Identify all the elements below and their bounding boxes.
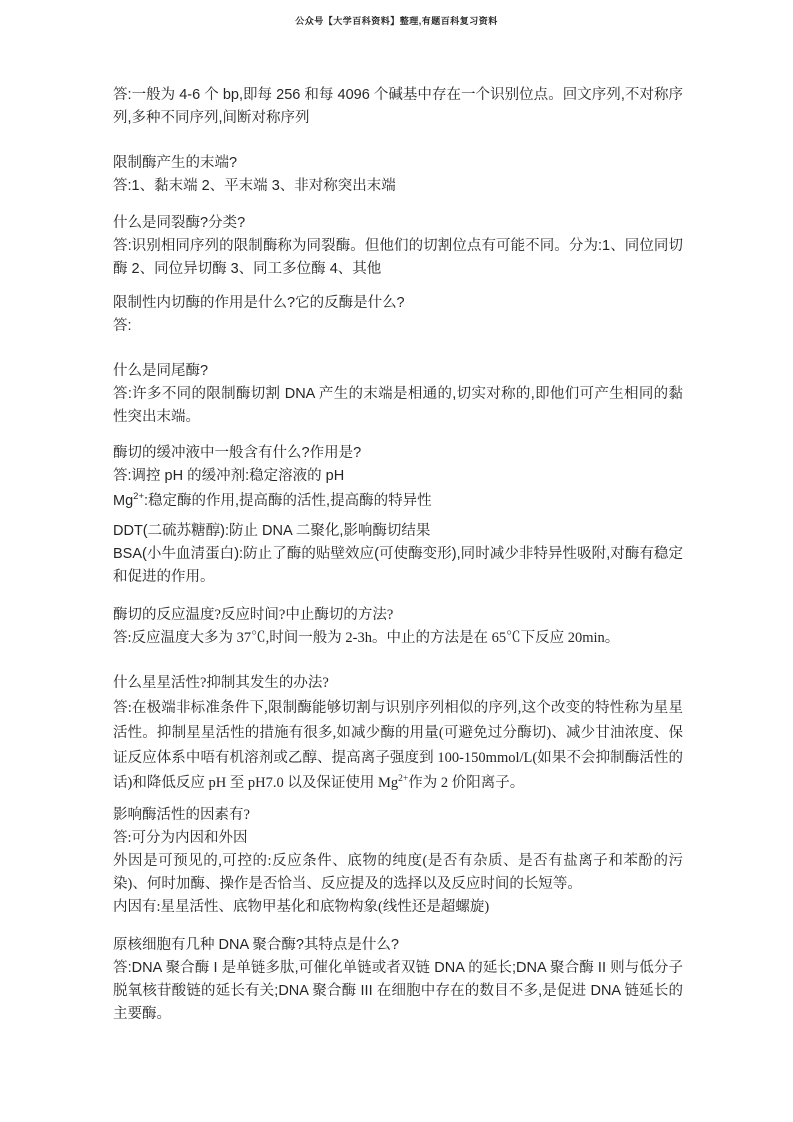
- section-endonuclease-function: 限制性内切酶的作用是什么?它的反酶是什么? 答:: [113, 292, 683, 338]
- text-run: Mg: [113, 493, 133, 509]
- answer-line: 答:识别相同序列的限制酶称为同裂酶。但他们的切割位点有可能不同。分为:1、同位同…: [113, 235, 683, 281]
- section-recognition-sites: 答:一般为 4-6 个 bp,即每 256 和每 4096 个碱基中存在一个识别…: [113, 84, 683, 130]
- text-run: :稳定酶的作用,提高酶的活性,提高酶的特异性: [144, 493, 432, 509]
- section-isoschizomers: 什么是同裂酶?分类? 答:识别相同序列的限制酶称为同裂酶。但他们的切割位点有可能…: [113, 212, 683, 281]
- section-star-activity: 什么星星活性?抑制其发生的办法? 答:在极端非标准条件下,限制酶能够切割与识别序…: [113, 671, 683, 796]
- answer-line: 外因是可预见的,可控的:反应条件、底物的纯度(是否有杂质、是否有盐离子和苯酚的污…: [113, 850, 683, 896]
- ddt-line: DDT(二硫苏糖醇):防止 DNA 二聚化,影响酶切结果: [113, 520, 683, 543]
- question-line: 原核细胞有几种 DNA 聚合酶?其特点是什么?: [113, 934, 683, 957]
- question-line: 什么星星活性?抑制其发生的办法?: [113, 671, 683, 696]
- answer-paragraph: 答:在极端非标准条件下,限制酶能够切割与识别序列相似的序列,这个改变的特性称为星…: [113, 696, 683, 796]
- section-dna-polymerases: 原核细胞有几种 DNA 聚合酶?其特点是什么? 答:DNA 聚合酶 I 是单链多…: [113, 934, 683, 1026]
- answer-line: 答:1、黏末端 2、平末端 3、非对称突出末端: [113, 175, 683, 198]
- question-line: 限制性内切酶的作用是什么?它的反酶是什么?: [113, 292, 683, 315]
- section-reaction-conditions: 酶切的反应温度?反应时间?中止酶切的方法? 答:反应温度大多为 37℃,时间一般…: [113, 604, 683, 650]
- section-activity-factors: 影响酶活性的因素有? 答:可分为内因和外因 外因是可预见的,可控的:反应条件、底…: [113, 804, 683, 919]
- section-enzyme-ends: 限制酶产生的末端? 答:1、黏末端 2、平末端 3、非对称突出末端: [113, 152, 683, 198]
- document-page: 公众号【大学百科资料】整理,有题百科复习资料 答:一般为 4-6 个 bp,即每…: [0, 0, 793, 1122]
- question-line: 影响酶活性的因素有?: [113, 804, 683, 827]
- watermark-header: 公众号【大学百科资料】整理,有题百科复习资料: [0, 14, 793, 27]
- question-line: 限制酶产生的末端?: [113, 152, 683, 175]
- section-mg-ion: Mg2+:稳定酶的作用,提高酶的活性,提高酶的特异性: [113, 488, 683, 514]
- answer-paragraph: 答:DNA 聚合酶 I 是单链多肽,可催化单链或者双链 DNA 的延长;DNA …: [113, 957, 683, 1026]
- superscript: 2+: [398, 774, 408, 784]
- answer-line: 答:: [113, 315, 683, 338]
- answer-line: 答:调控 pH 的缓冲剂:稳定溶液的 pH: [113, 465, 683, 488]
- answer-line: 答:许多不同的限制酶切割 DNA 产生的末端是相通的,切实对称的,即他们可产生相…: [113, 383, 683, 429]
- section-buffer-contents: 酶切的缓冲液中一般含有什么?作用是? 答:调控 pH 的缓冲剂:稳定溶液的 pH: [113, 442, 683, 488]
- section-isocaudamers: 什么是同尾酶? 答:许多不同的限制酶切割 DNA 产生的末端是相通的,切实对称的…: [113, 360, 683, 429]
- bsa-line: BSA(小牛血清蛋白):防止了酶的贴壁效应(可使酶变形),同时减少非特异性吸附,…: [113, 543, 683, 589]
- question-line: 酶切的反应温度?反应时间?中止酶切的方法?: [113, 604, 683, 627]
- text-run: 作为 2 价阳离子。: [408, 775, 524, 791]
- answer-line: 答:一般为 4-6 个 bp,即每 256 和每 4096 个碱基中存在一个识别…: [113, 84, 683, 130]
- answer-line: 答:可分为内因和外因: [113, 827, 683, 850]
- answer-line: 内因有:星星活性、底物甲基化和底物构象(线性还是超螺旋): [113, 896, 683, 919]
- document-body: 答:一般为 4-6 个 bp,即每 256 和每 4096 个碱基中存在一个识别…: [113, 84, 683, 1026]
- question-line: 什么是同尾酶?: [113, 360, 683, 383]
- superscript: 2+: [133, 491, 144, 502]
- mg-line: Mg2+:稳定酶的作用,提高酶的活性,提高酶的特异性: [113, 488, 683, 514]
- question-line: 酶切的缓冲液中一般含有什么?作用是?: [113, 442, 683, 465]
- section-additives: DDT(二硫苏糖醇):防止 DNA 二聚化,影响酶切结果 BSA(小牛血清蛋白)…: [113, 520, 683, 589]
- answer-line: 答:反应温度大多为 37℃,时间一般为 2-3h。中止的方法是在 65℃下反应 …: [113, 627, 683, 650]
- question-line: 什么是同裂酶?分类?: [113, 212, 683, 235]
